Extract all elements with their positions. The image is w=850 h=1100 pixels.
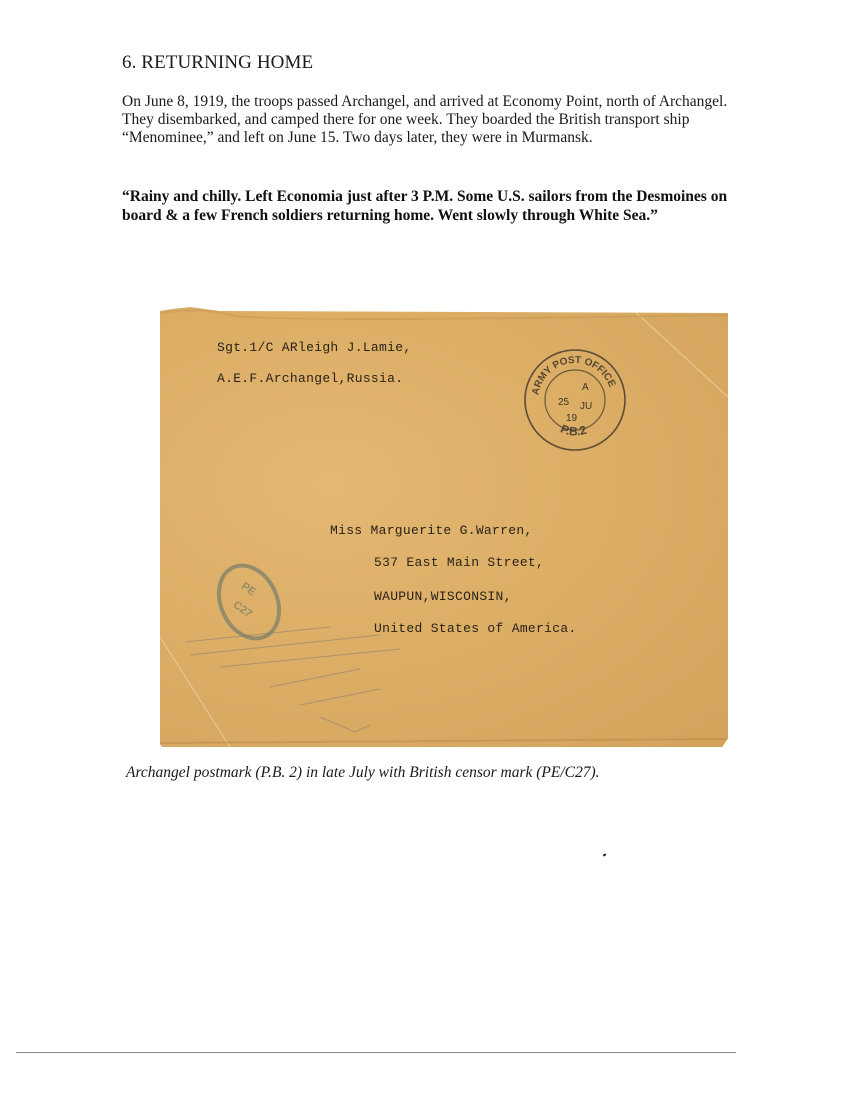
- dust-speck: [603, 853, 607, 856]
- recipient-street: 537 East Main Street,: [374, 555, 544, 570]
- envelope-caption: Archangel postmark (P.B. 2) in late July…: [126, 764, 600, 782]
- diary-quote: “Rainy and chilly. Left Economia just af…: [122, 188, 742, 225]
- sender-name: Sgt.1/C ARleigh J.Lamie,: [217, 340, 411, 355]
- recipient-city-state: WAUPUN,WISCONSIN,: [374, 589, 512, 604]
- intro-paragraph: On June 8, 1919, the troops passed Archa…: [122, 93, 742, 147]
- svg-text:A: A: [582, 382, 589, 393]
- sender-address: A.E.F.Archangel,Russia.: [217, 371, 403, 386]
- svg-text:PE: PE: [239, 580, 258, 598]
- svg-text:P.B.2: P.B.2: [558, 422, 588, 439]
- recipient-name: Miss Marguerite G.Warren,: [330, 523, 533, 538]
- army-post-office-postmark-icon: ARMY POST OFFICE P.B.2 A 25 JU 19: [520, 345, 630, 455]
- svg-text:19: 19: [566, 413, 578, 424]
- svg-text:25: 25: [558, 397, 570, 408]
- bottom-rule: [16, 1052, 736, 1053]
- svg-text:JU: JU: [580, 401, 592, 412]
- envelope-image: Sgt.1/C ARleigh J.Lamie, A.E.F.Archangel…: [160, 307, 728, 747]
- page-title: 6. RETURNING HOME: [122, 52, 313, 74]
- pencil-scribble-icon: [180, 607, 420, 737]
